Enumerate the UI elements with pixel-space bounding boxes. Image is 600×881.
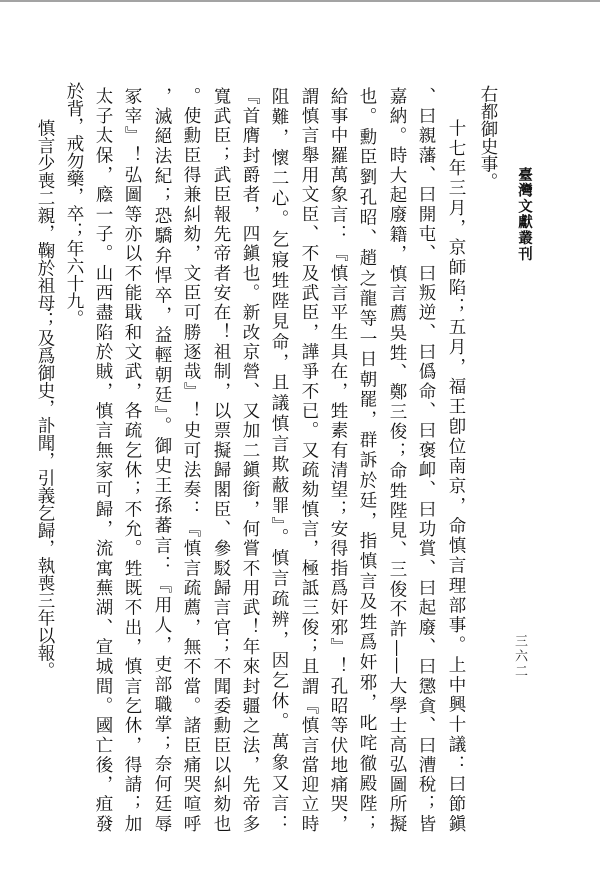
text-column-1: 右都御史事。 [478,85,498,190]
text-column-10: 寬武臣；武臣報先帝者安在！祖制，以票擬歸閣臣、參駁歸言官；不聞委勳臣以糾劾也 [211,87,231,832]
text-column-8: 阻難，懷二心。乞寢甡陛見命，且議慎言欺蔽罪』。慎言疏辨，因乞休。萬象又言： [269,87,289,832]
text-column-15: 於背，戒勿藥，卒；年六十九。 [64,82,84,327]
text-column-2: 十七年三月，京師陷；五月，福王卽位南京，命慎言理部事。上中興十議：曰節鎭 [446,119,466,832]
text-column-3: 、曰親藩、曰開屯、曰叛逆、曰僞命、曰褒卹、曰功賞、曰起廢、曰懲貪、曰漕稅；皆 [416,87,436,832]
text-column-13: 冢宰』！弘圖等亦以不能戢和文武，各疏乞休；不允。甡既不出，慎言乞休，得請；加 [122,87,142,832]
text-column-14: 太子太保，廕一子。山西盡陷於賊，慎言無家可歸，流寓蕪湖、宣城間。國亡後，疽發 [93,87,113,832]
text-column-9: 『首膺封爵者，四鎭也。新改京營、又加二鎭銜，何嘗不用武！年來封疆之法，先帝多 [240,87,260,832]
text-column-11: 。使勳臣得兼糾劾，文臣可勝逐哉』！史可法奏：『慎言疏薦，無不當。諸臣痛哭喧呼 [181,87,201,832]
series-title: 臺灣文獻叢刊 [516,167,532,262]
text-column-4: 嘉納。時大起廢籍，慎言薦吳甡、鄭三俊；命甡陛見、三俊不許——大學士高弘圖所擬 [387,87,407,832]
text-column-5: 也。勳臣劉孔昭、趙之龍等一日朝罷，群訴於廷，指慎言及甡爲奸邪，叱咤徹殿陛； [357,87,377,832]
book-page: 臺灣文獻叢刊 三六二 右都御史事。 十七年三月，京師陷；五月，福王卽位南京，命慎… [0,0,600,881]
text-column-16: 慎言少喪二親，鞠於祖母；及爲御史，訃聞，引義乞歸，執喪三年以報。 [35,119,55,679]
text-column-7: 謂慎言舉用文臣、不及武臣，譁爭不已。又疏劾慎言，極詆三俊；且謂『慎言當迎立時 [299,87,319,832]
text-column-6: 給事中羅萬象言：『慎言平生具在，甡素有清望；安得指爲奸邪』！孔昭等伏地痛哭， [328,87,348,832]
page-number: 三六二 [512,634,527,679]
text-column-12: ，滅絕法紀；恐驕弁悍卒，益輕朝廷』。御史王孫蕃言：『用人，吏部職掌；奈何廷辱 [152,87,172,832]
